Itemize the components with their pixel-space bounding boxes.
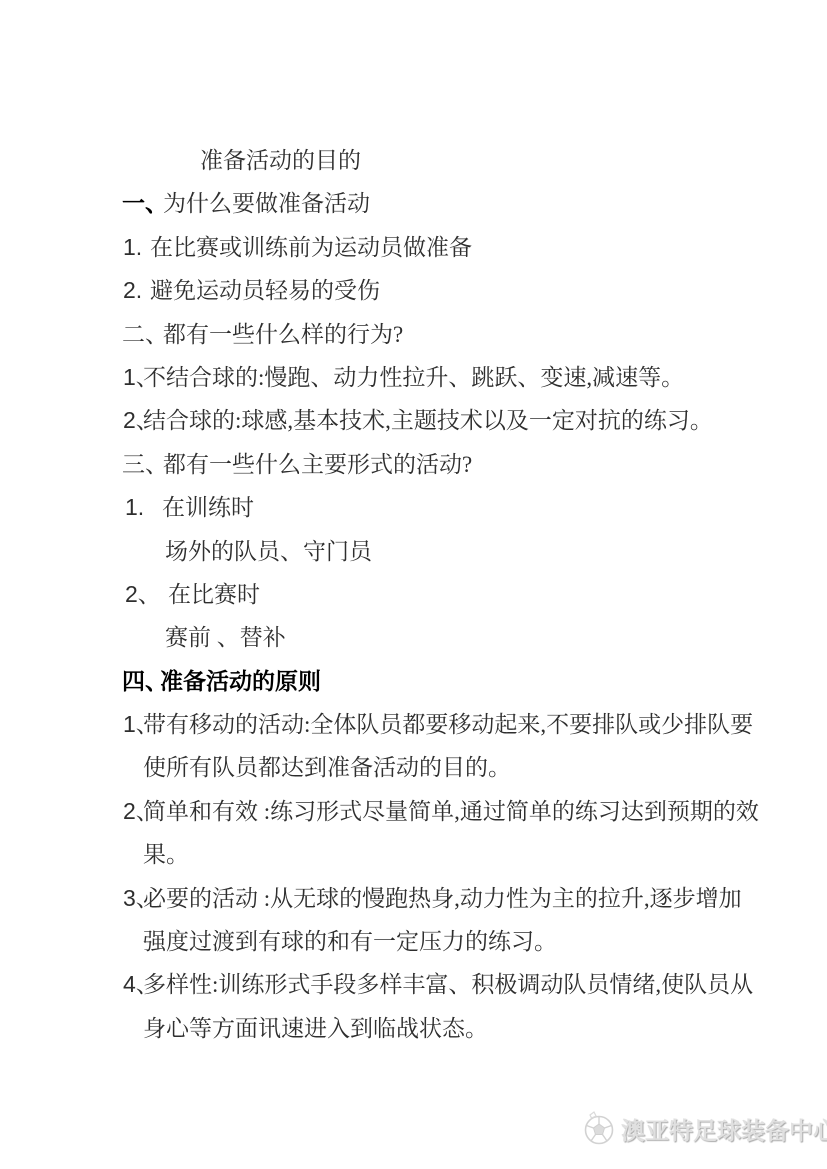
text-line: 使所有队员都达到准备活动的目的。 <box>0 746 827 789</box>
text-line: 二、都有一些什么样的行为? <box>0 313 827 356</box>
text-line: 2.避免运动员轻易的受伤 <box>0 269 827 312</box>
line-text: 多样性:训练形式手段多样丰富、积极调动队员情绪,使队员从 <box>143 972 753 997</box>
line-text: 结合球的:球感,基本技术,主题技术以及一定对抗的练习。 <box>143 408 713 433</box>
line-number: 3、 <box>123 877 143 920</box>
line-number: 2、 <box>123 790 143 833</box>
text-line: 1.在训练时 <box>0 486 827 529</box>
watermark-text: 澳亚特足球装备中心 <box>621 1111 827 1146</box>
text-line: 四、准备活动的原则 <box>0 660 827 703</box>
line-text: 果。 <box>143 842 189 867</box>
text-line: 果。 <box>0 833 827 876</box>
line-text: 赛前 、替补 <box>165 625 286 650</box>
text-line: 一、为什么要做准备活动 <box>0 182 827 225</box>
line-text: 准备活动的原则 <box>160 669 321 694</box>
line-text: 在训练时 <box>162 495 254 520</box>
line-number: 2. <box>123 269 150 312</box>
line-number: 2、 <box>123 399 143 442</box>
line-text: 都有一些什么主要形式的活动? <box>163 452 472 477</box>
line-text: 准备活动的目的 <box>200 148 361 173</box>
line-number: 1、 <box>123 356 143 399</box>
line-number: 三、 <box>122 443 163 486</box>
text-line: 2、结合球的:球感,基本技术,主题技术以及一定对抗的练习。 <box>0 399 827 442</box>
text-line: 3、必要的活动 :从无球的慢跑热身,动力性为主的拉升,逐步增加 <box>0 877 827 920</box>
watermark: 澳亚特足球装备中心 <box>580 1108 827 1148</box>
line-text: 在比赛或训练前为运动员做准备 <box>150 235 472 260</box>
line-text: 必要的活动 :从无球的慢跑热身,动力性为主的拉升,逐步增加 <box>143 886 742 911</box>
line-number: 1. <box>123 226 150 269</box>
text-line: 1.在比赛或训练前为运动员做准备 <box>0 226 827 269</box>
line-number: 二、 <box>122 313 163 356</box>
line-number: 4、 <box>123 963 143 1006</box>
line-number: 1、 <box>123 703 143 746</box>
text-line: 2、在比赛时 <box>0 573 827 616</box>
line-text: 带有移动的活动:全体队员都要移动起来,不要排队或少排队要 <box>143 712 753 737</box>
text-line: 身心等方面讯速进入到临战状态。 <box>0 1007 827 1050</box>
line-number: 一、 <box>122 182 163 225</box>
text-line: 1、带有移动的活动:全体队员都要移动起来,不要排队或少排队要 <box>0 703 827 746</box>
text-line: 强度过渡到有球的和有一定压力的练习。 <box>0 920 827 963</box>
soccer-ball-icon <box>580 1108 616 1148</box>
text-line: 1、不结合球的:慢跑、动力性拉升、跳跃、变速,减速等。 <box>0 356 827 399</box>
text-line: 场外的队员、守门员 <box>0 530 827 573</box>
line-text: 简单和有效 :练习形式尽量简单,通过简单的练习达到预期的效 <box>143 799 759 824</box>
line-number: 1. <box>125 486 162 529</box>
line-text: 避免运动员轻易的受伤 <box>150 278 380 303</box>
line-text: 使所有队员都达到准备活动的目的。 <box>143 755 511 780</box>
text-line: 4、多样性:训练形式手段多样丰富、积极调动队员情绪,使队员从 <box>0 963 827 1006</box>
document-page: 准备活动的目的一、为什么要做准备活动1.在比赛或训练前为运动员做准备2.避免运动… <box>0 0 827 1169</box>
text-line: 赛前 、替补 <box>0 616 827 659</box>
doc-title: 准备活动的目的 <box>0 139 827 182</box>
line-text: 都有一些什么样的行为? <box>163 322 403 347</box>
line-text: 强度过渡到有球的和有一定压力的练习。 <box>143 929 557 954</box>
text-line: 三、都有一些什么主要形式的活动? <box>0 443 827 486</box>
line-text: 在比赛时 <box>168 582 260 607</box>
text-line: 2、简单和有效 :练习形式尽量简单,通过简单的练习达到预期的效 <box>0 790 827 833</box>
line-number: 四、 <box>122 660 160 703</box>
line-number: 2、 <box>125 573 168 616</box>
line-text: 不结合球的:慢跑、动力性拉升、跳跃、变速,减速等。 <box>143 365 684 390</box>
line-text: 为什么要做准备活动 <box>163 191 370 216</box>
document-body: 准备活动的目的一、为什么要做准备活动1.在比赛或训练前为运动员做准备2.避免运动… <box>0 139 827 1050</box>
line-text: 身心等方面讯速进入到临战状态。 <box>143 1016 488 1041</box>
line-text: 场外的队员、守门员 <box>165 539 372 564</box>
